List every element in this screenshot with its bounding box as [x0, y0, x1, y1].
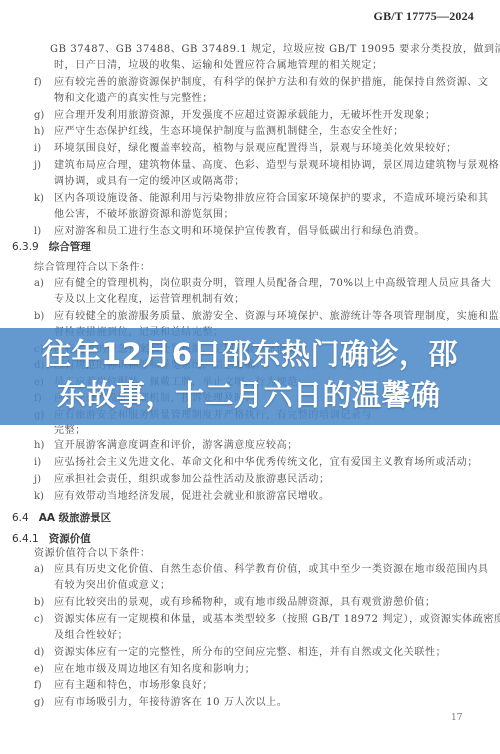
banner-title-line-2: 东故事，十二月六日的温馨确 — [42, 375, 472, 416]
section-number: 6.4 — [12, 512, 29, 524]
list-marker: j) — [34, 474, 41, 486]
section-heading-6-4: 6.4AA 级旅游景区 — [12, 510, 111, 525]
section-intro: 资源价值符合以下条件： — [34, 548, 151, 560]
list-marker: l) — [34, 226, 41, 238]
section-number: 6.3.9 — [12, 241, 39, 253]
banner-title-line-1: 往年12月6日邵东热门确诊，邵 — [42, 334, 472, 375]
section-title: 资源价值 — [49, 533, 91, 545]
standard-code: GB/T 17775—2024 — [374, 9, 474, 24]
section-intro: 综合管理符合以下条件： — [34, 262, 151, 274]
text-line: 有较为突出价值或意义； — [54, 580, 171, 592]
list-marker: k) — [34, 193, 44, 205]
list-marker: h) — [34, 440, 44, 452]
list-item: 应有比较突出的景观，或有珍稀物种，或有地市级品牌资源，具有观赏游憩价值； — [54, 597, 436, 609]
text-line: 时，日产日清，垃圾的收集、运输和处置应符合属地管理的相关规定； — [54, 60, 383, 72]
title-banner: 往年12月6日邵东热门确诊，邵 东故事，十二月六日的温馨确 — [0, 328, 500, 425]
list-item: 应合理开发利用旅游资源，开发强度不应超过资源承载能力，无破坏性开发现象； — [54, 110, 436, 122]
text-line: 及组合性较好； — [54, 630, 128, 642]
list-marker: d) — [34, 647, 44, 659]
banner-title: 往年12月6日邵东热门确诊，邵 东故事，十二月六日的温馨确 — [42, 334, 472, 416]
list-item: 应在地市级及周边地区有知名度和影响力； — [54, 664, 255, 676]
list-marker: h) — [34, 126, 44, 138]
text-line: 物和文化遗产的真实性与完整性； — [54, 93, 213, 105]
list-marker: a) — [34, 278, 44, 290]
list-marker: b) — [34, 597, 44, 609]
text-line: 专及以上文化程度，运营管理机制有效； — [54, 294, 245, 306]
list-item: 应承担社会责任，组织或参加公益性活动及旅游惠民活动； — [54, 474, 330, 486]
section-heading-6-4-1: 6.4.1资源价值 — [12, 531, 91, 546]
list-marker: f) — [34, 77, 42, 89]
list-item: 应有健全的管理机构，岗位职责分明，管理人员配备合理，70%以上中高级管理人员应具… — [54, 278, 491, 290]
list-item: 应具有历史文化价值、自然生态价值、科学教育价值，或其中至少一类资源在地市级范围内… — [54, 564, 489, 576]
list-marker: c) — [34, 614, 44, 626]
list-item: 应有较健全的旅游服务质量、旅游安全、资源与环境保护、旅游统计等各项管理制度，实施… — [54, 311, 499, 323]
list-marker: a) — [34, 564, 44, 576]
list-item: 应弘扬社会主义先进文化、革命文化和中华优秀传统文化，宜有爱国主义教育场所或活动； — [54, 457, 478, 469]
text-line: GB 37487、GB 37488、GB 37489.1 规定，垃圾应按 GB/… — [50, 44, 500, 56]
list-marker: i) — [34, 457, 41, 469]
list-marker: g) — [34, 697, 44, 709]
list-marker: i) — [34, 143, 41, 155]
list-marker: k) — [34, 491, 44, 503]
page-number: 17 — [451, 713, 462, 723]
text-line: 调协调，或具有一定的缓冲区或隔离带； — [54, 176, 245, 188]
list-marker: j) — [34, 160, 41, 172]
text-line: 他公害，不破坏旅游资源和游览氛围； — [54, 209, 234, 221]
list-marker: b) — [34, 311, 44, 323]
list-item: 建筑布局应合理，建筑物体量、高度、色彩、造型与景观环境相协调，景区周边建筑物与景… — [54, 160, 499, 172]
list-item: 应有市场吸引力，年接待游客在 10 万人次以上。 — [54, 697, 287, 709]
list-item: 应对游客和员工进行生态文明和环境保护宣传教育，倡导低碳出行和绿色消费。 — [54, 226, 425, 238]
section-title: AA 级旅游景区 — [39, 512, 111, 524]
list-item: 应有较完善的旅游资源保护制度，有科学的保护方法和有效的保护措施，能保持自然资源、… — [54, 77, 489, 89]
list-item: 环境氛围良好，绿化覆盖率较高，植物与景观应配置得当，景观与环境美化效果较好； — [54, 143, 457, 155]
list-item: 区内各项设施设备、能源利用与污染物排放应符合国家环境保护的要求，不造成环境污染和… — [54, 193, 489, 205]
section-number: 6.4.1 — [12, 533, 39, 545]
list-item: 资源实体应有一定的完整性，所分布的空间应完整、相连，并有自然或文化关联性； — [54, 647, 446, 659]
list-item: 宜开展游客满意度调查和评价，游客满意度应较高； — [54, 440, 298, 452]
section-title: 综合管理 — [49, 241, 91, 253]
list-item: 应有效带动当地经济发展，促进社会就业和旅游富民增收。 — [54, 491, 330, 503]
text-line: 完整； — [54, 425, 86, 437]
list-marker: e) — [34, 664, 44, 676]
section-heading-6-3-9: 6.3.9综合管理 — [12, 239, 91, 254]
list-marker: f) — [34, 680, 42, 692]
list-item: 应严守生态保护红线，生态环境保护制度与监测机制健全，生态安全性好； — [54, 126, 404, 138]
list-item: 应有主题和特色，市场形象良好； — [54, 680, 213, 692]
list-marker: g) — [34, 110, 44, 122]
list-item: 资源实体应有一定规模和体量，或基本类型较多（按照 GB/T 18972 判定），… — [54, 614, 500, 626]
